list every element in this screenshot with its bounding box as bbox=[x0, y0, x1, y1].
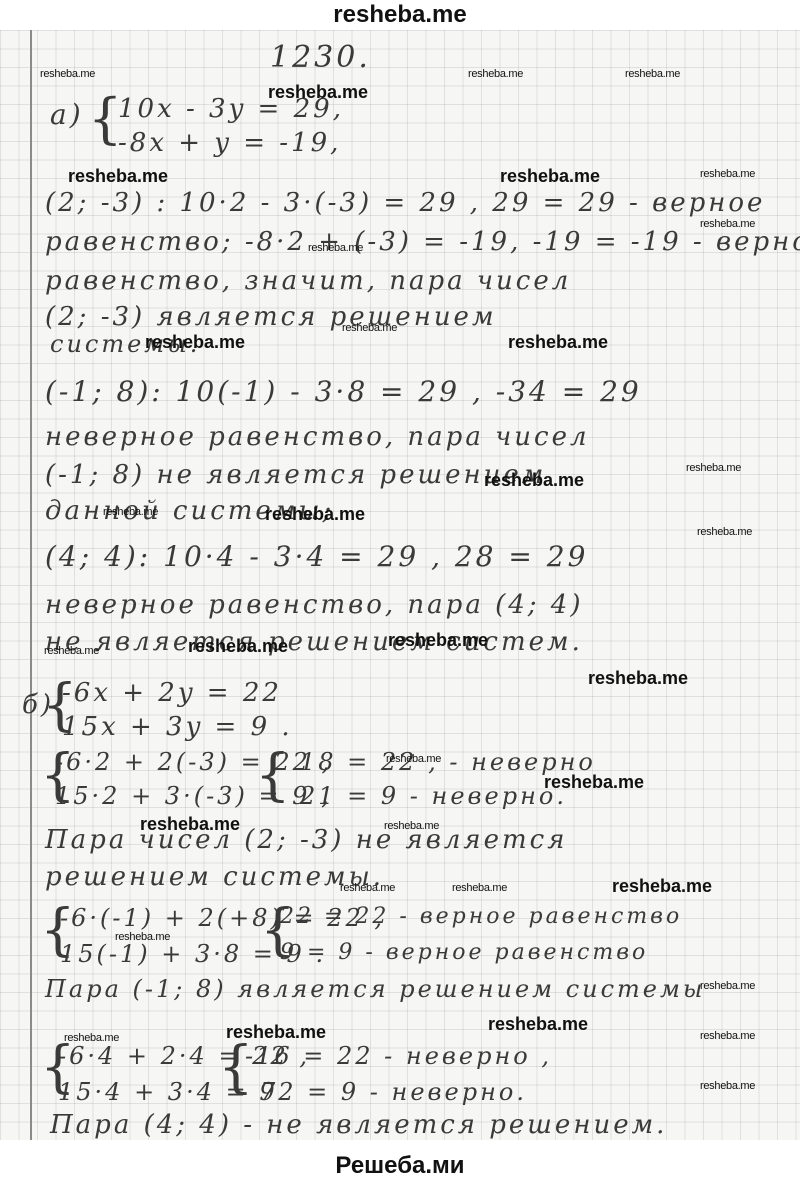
part-a-line: неверное равенство, пара чисел bbox=[45, 422, 590, 452]
check2-right: 22 = 22 - верное равенство bbox=[280, 904, 682, 929]
watermark: resheba.me bbox=[700, 218, 755, 230]
watermark: resheba.me bbox=[700, 1030, 755, 1042]
watermark: resheba.me bbox=[64, 1032, 119, 1044]
part-b-line: решением системы. bbox=[45, 862, 384, 892]
watermark: resheba.me bbox=[588, 668, 688, 689]
watermark: resheba.me bbox=[145, 332, 245, 353]
watermark: resheba.me bbox=[308, 242, 363, 254]
part-a-label: а) bbox=[50, 98, 84, 131]
part-a-line: равенство; -8·2 + (-3) = -19, -19 = -19 … bbox=[45, 227, 800, 257]
check2-right: 9 = 9 - верное равенство bbox=[280, 940, 648, 965]
part-b-line: Пара (-1; 8) является решением системы bbox=[45, 975, 705, 1003]
watermark: resheba.me bbox=[140, 814, 240, 835]
watermark: resheba.me bbox=[115, 931, 170, 943]
site-footer-watermark: Решеба.ми bbox=[0, 1148, 800, 1184]
watermark: resheba.me bbox=[484, 470, 584, 491]
part-a-line: равенство, значит, пара чисел bbox=[45, 266, 571, 296]
watermark: resheba.me bbox=[188, 636, 288, 657]
watermark: resheba.me bbox=[544, 772, 644, 793]
part-b-line: Пара (4; 4) - не является решением. bbox=[50, 1110, 667, 1140]
watermark: resheba.me bbox=[700, 168, 755, 180]
check1-right: 21 = 9 - неверно. bbox=[300, 782, 567, 810]
part-b-eq1: -6x + 2y = 22 bbox=[62, 678, 282, 708]
watermark: resheba.me bbox=[697, 526, 752, 538]
watermark: resheba.me bbox=[686, 462, 741, 474]
watermark: resheba.me bbox=[265, 504, 365, 525]
part-a-line: не является решением систем. bbox=[45, 627, 583, 657]
notebook-page: 1230. а) { 10x - 3y = 29, -8x + y = -19,… bbox=[0, 30, 800, 1140]
system-brace: { bbox=[255, 748, 291, 804]
part-b-line: Пара чисел (2; -3) не является bbox=[45, 825, 567, 855]
watermark: resheba.me bbox=[44, 645, 99, 657]
watermark: resheba.me bbox=[488, 1014, 588, 1035]
part-a-eq2: -8x + y = -19, bbox=[118, 128, 341, 158]
watermark: resheba.me bbox=[40, 68, 95, 80]
watermark: resheba.me bbox=[268, 82, 368, 103]
part-a-line: (-1; 8) не является решением bbox=[45, 460, 546, 490]
problem-number: 1230. bbox=[270, 40, 371, 75]
margin-line bbox=[30, 30, 32, 1140]
watermark: resheba.me bbox=[468, 68, 523, 80]
watermark: resheba.me bbox=[625, 68, 680, 80]
part-a-line: (-1; 8): 10(-1) - 3·8 = 29 , -34 = 29 bbox=[45, 375, 642, 408]
watermark: resheba.me bbox=[226, 1022, 326, 1043]
watermark: resheba.me bbox=[500, 166, 600, 187]
watermark: resheba.me bbox=[700, 1080, 755, 1092]
watermark: resheba.me bbox=[384, 820, 439, 832]
site-header-watermark: resheba.me bbox=[0, 0, 800, 30]
watermark: resheba.me bbox=[103, 506, 158, 518]
part-a-line: неверное равенство, пара (4; 4) bbox=[45, 590, 583, 620]
watermark: resheba.me bbox=[700, 980, 755, 992]
part-a-line: (4; 4): 10·4 - 3·4 = 29 , 28 = 29 bbox=[45, 540, 588, 573]
part-b-eq2: 15x + 3y = 9 . bbox=[62, 712, 293, 742]
watermark: resheba.me bbox=[68, 166, 168, 187]
watermark: resheba.me bbox=[388, 630, 488, 651]
watermark: resheba.me bbox=[342, 322, 397, 334]
watermark: resheba.me bbox=[340, 882, 395, 894]
watermark: resheba.me bbox=[386, 753, 441, 765]
part-a-line: (2; -3) является решением bbox=[45, 302, 497, 332]
watermark: resheba.me bbox=[612, 876, 712, 897]
check3-right: -16 = 22 - неверно , bbox=[245, 1042, 552, 1070]
part-a-line: (2; -3) : 10·2 - 3·(-3) = 29 , 29 = 29 -… bbox=[45, 188, 765, 218]
watermark: resheba.me bbox=[452, 882, 507, 894]
watermark: resheba.me bbox=[508, 332, 608, 353]
check3-right: 72 = 9 - неверно. bbox=[260, 1078, 527, 1106]
